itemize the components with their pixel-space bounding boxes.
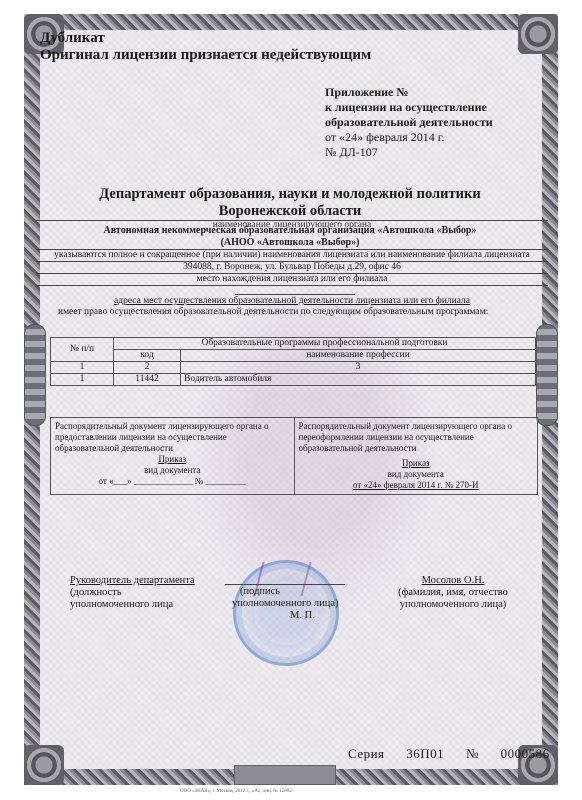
licensee-caption: указываются полное и сокращенное (при на… — [36, 250, 548, 261]
licensee-name: Автономная некоммерческая образовательна… — [40, 225, 540, 249]
number-value: 0000586 — [501, 746, 550, 761]
signatory-position-block: Руководитель департамента (должность упо… — [70, 575, 195, 611]
corner-ornament-icon — [518, 14, 558, 54]
duplicate-notice: Дубликат Оригинал лицензии признается не… — [40, 30, 371, 64]
grant-type: Приказ — [55, 454, 290, 465]
annex-line-3: образовательной деятельности — [325, 115, 493, 130]
signature-line — [225, 584, 345, 585]
reissue-type-caption: вид документа — [299, 469, 534, 480]
header-code: код — [114, 350, 181, 362]
signature-block: (подпись уполномоченного лица) М. П. — [232, 586, 339, 622]
activity-addresses-caption: адреса мест осуществления образовательно… — [36, 296, 548, 307]
footer-ornament-icon — [234, 765, 336, 785]
seal-label: М. П. — [232, 610, 339, 622]
side-ornament-icon — [24, 324, 46, 426]
series-label: Серия — [348, 746, 385, 761]
rights-statement: имеет право осуществления образовательно… — [58, 307, 488, 317]
location-caption: место нахождения лицензиата или его фили… — [36, 274, 548, 285]
duplicate-title: Дубликат — [40, 30, 371, 47]
licensee-short-name: (АНОО «Автошкола «Выбор») — [40, 237, 540, 249]
signatory-name-block: Мосолов О.Н. (фамилия, имя, отчество упо… — [398, 575, 508, 611]
divider — [36, 285, 548, 286]
corner-ornament-icon — [24, 745, 64, 785]
number-label: № — [466, 746, 479, 761]
side-ornament-icon — [536, 324, 558, 426]
location-address: 394088, г. Воронеж, ул. Бульвар Победы д… — [36, 262, 548, 273]
index-row: 1 2 3 — [51, 362, 536, 374]
authority-line-1: Департамент образования, науки и молодеж… — [40, 186, 540, 203]
annex-number: № ДЛ-107 — [325, 145, 493, 160]
grant-document: Распорядительный документ лицензирующего… — [51, 418, 294, 494]
form-serial: Серия 36П01 № 0000586 — [348, 746, 568, 762]
reissue-type: Приказ — [299, 458, 534, 469]
signatory-name: Мосолов О.Н. — [398, 575, 508, 587]
printer-note: ООО «ЗНАК», г. Москва, 2012 г., «А», лиц… — [180, 789, 292, 794]
signatory-position: Руководитель департамента — [70, 575, 195, 587]
divider — [235, 294, 355, 295]
sign-caption-1: (подпись — [232, 586, 339, 598]
reissue-date-line: от «24» февраля 2014 г. № 270-И — [299, 480, 534, 491]
authority-documents: Распорядительный документ лицензирующего… — [50, 417, 538, 495]
grant-text: Распорядительный документ лицензирующего… — [55, 421, 290, 454]
sign-caption-2: уполномоченного лица) — [232, 598, 339, 610]
authority-line-2: Воронежской области — [40, 203, 540, 220]
header-name: наименование профессии — [181, 350, 536, 362]
reissue-document: Распорядительный документ лицензирующего… — [294, 418, 538, 494]
header-group: Образовательные программы профессиональн… — [114, 338, 536, 350]
annex-line-1: Приложение № — [325, 85, 493, 100]
licensing-authority: Департамент образования, науки и молодеж… — [40, 186, 540, 220]
header-num: № п/п — [51, 338, 114, 362]
programs-table: № п/п Образовательные программы професси… — [50, 337, 536, 386]
annex-header: Приложение № к лицензии на осуществление… — [325, 85, 493, 160]
position-caption-2: уполномоченного лица — [70, 599, 195, 611]
licensee-full-name: Автономная некоммерческая образовательна… — [40, 225, 540, 237]
reissue-text: Распорядительный документ лицензирующего… — [299, 421, 534, 454]
position-caption-1: (должность — [70, 587, 195, 599]
annex-line-2: к лицензии на осуществление — [325, 100, 493, 115]
name-caption-1: (фамилия, имя, отчество — [398, 587, 508, 599]
duplicate-note: Оригинал лицензии признается недействующ… — [40, 47, 371, 64]
name-caption-2: уполномоченного лица) — [398, 599, 508, 611]
annex-date: от «24» февраля 2014 г. — [325, 130, 493, 145]
grant-date-line: от «___» _____________ № _________ — [55, 476, 290, 487]
table-row: 1 11442 Водитель автомобиля — [51, 374, 536, 386]
series-value: 36П01 — [406, 746, 444, 761]
grant-type-caption: вид документа — [55, 465, 290, 476]
